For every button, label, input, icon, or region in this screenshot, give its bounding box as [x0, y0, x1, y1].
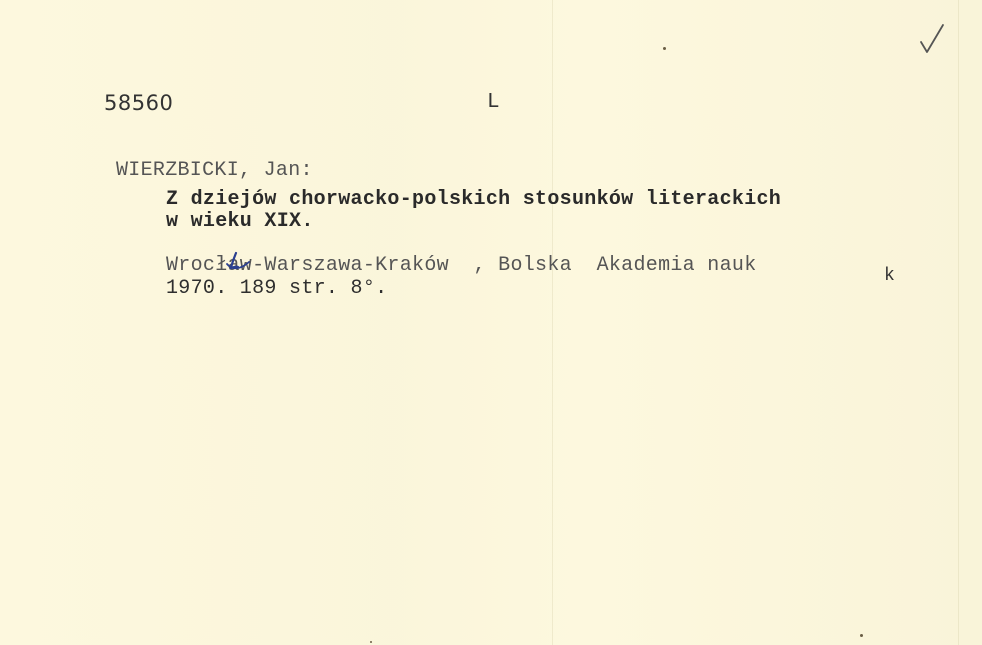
paper-speck: [663, 47, 666, 50]
title-line-1: Z dziejów chorwacko-polskich stosunków l…: [166, 189, 781, 211]
catalog-card: 58560 L WIERZBICKI, Jan: Z dziejów chorw…: [0, 0, 982, 645]
handwritten-l-correction-icon: [222, 250, 252, 274]
paper-edge-line: [958, 0, 959, 645]
checkmark-icon: [918, 22, 946, 56]
paper-texture-line: [552, 0, 553, 645]
typed-k-correction: k: [884, 266, 895, 286]
imprint-date-extent: 1970. 189 str. 8°.: [166, 278, 387, 300]
call-number: 58560: [104, 92, 173, 114]
author-heading: WIERZBICKI, Jan:: [116, 160, 313, 182]
location-mark: L: [487, 92, 500, 114]
title-line-2: w wieku XIX.: [166, 211, 314, 233]
imprint-place-publisher: Wrocław-Warszawa-Kraków , Bolska Akademi…: [166, 255, 757, 277]
paper-speck: [860, 634, 863, 637]
paper-speck: [370, 641, 372, 643]
